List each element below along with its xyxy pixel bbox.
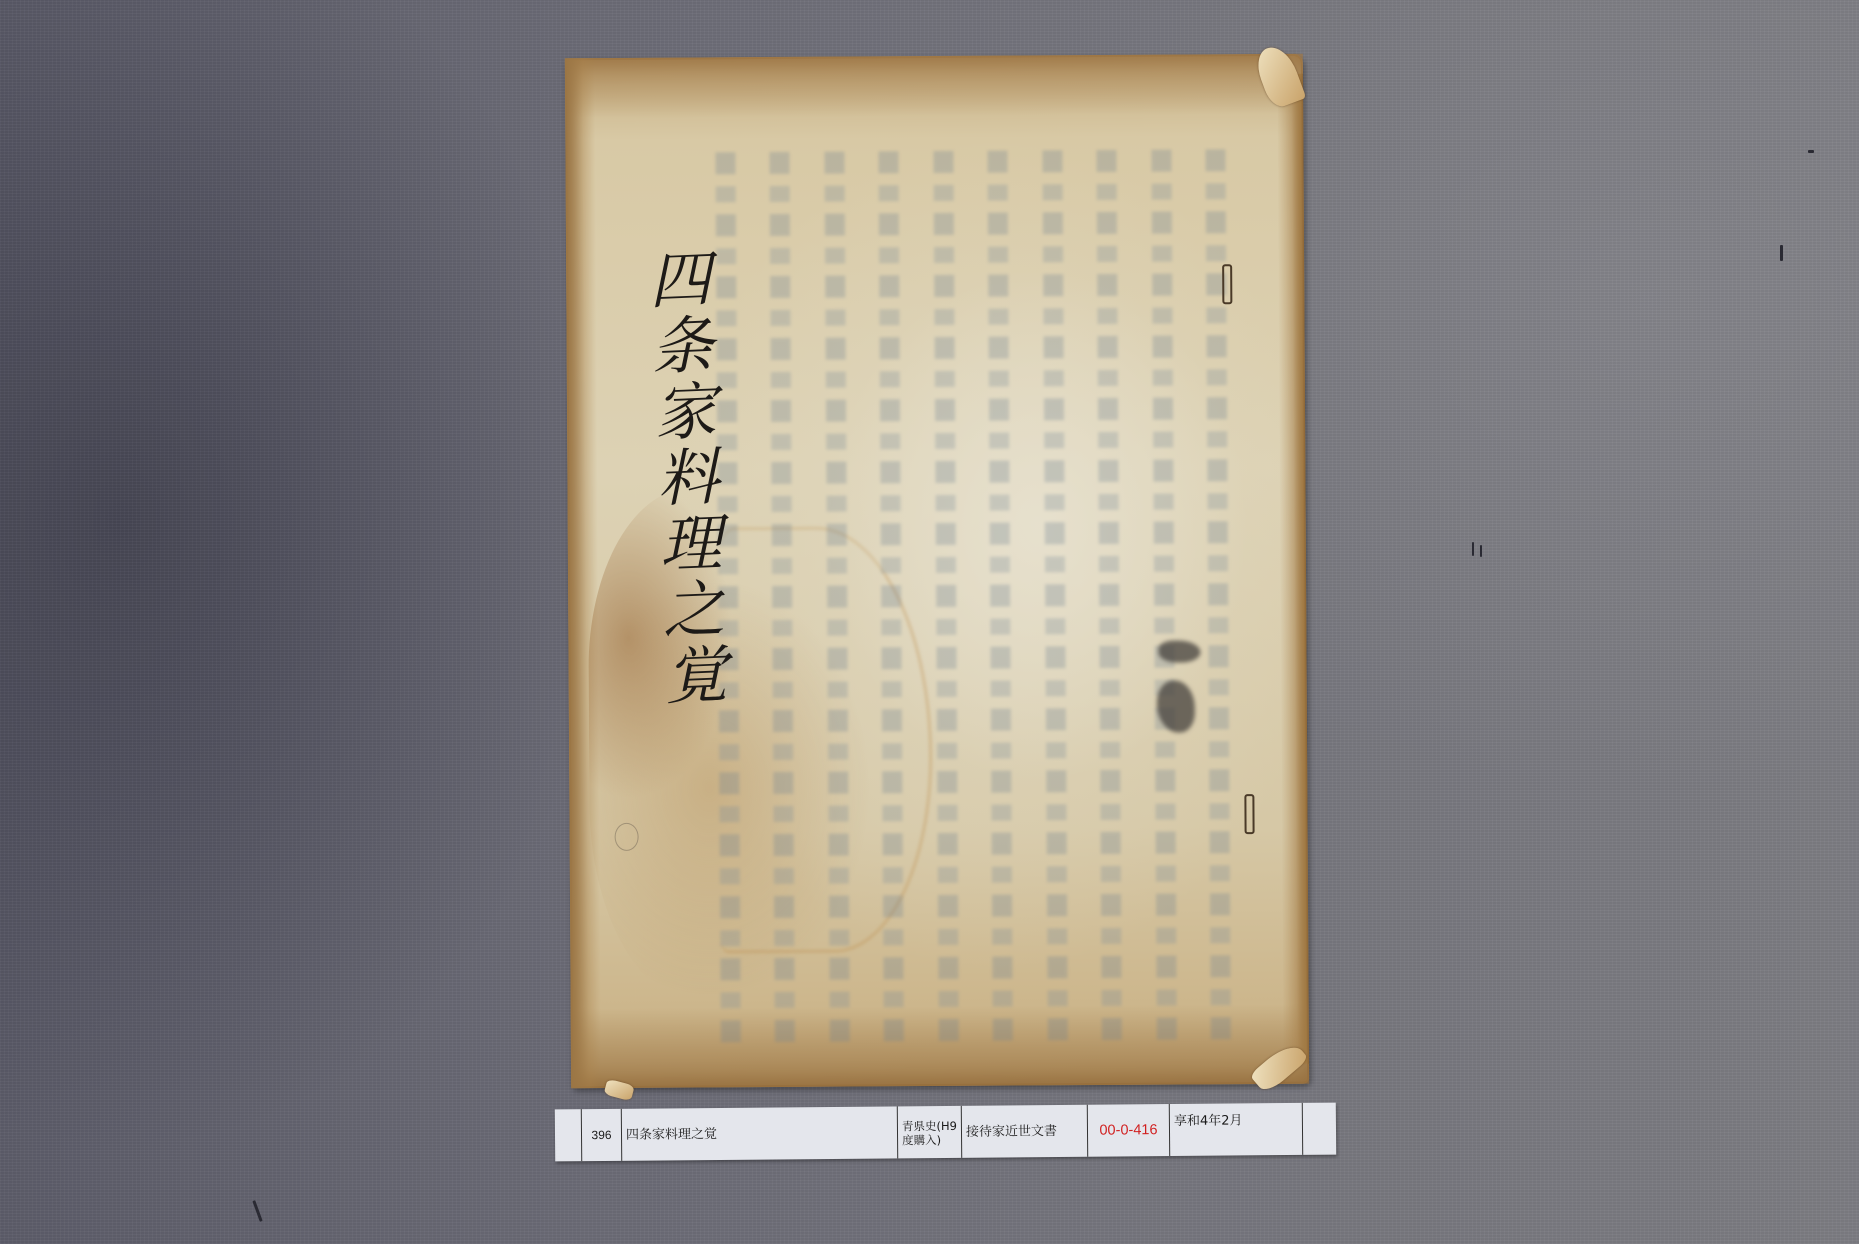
label-blank-cell-right bbox=[1303, 1103, 1336, 1155]
catalog-label: 396 四条家料理之覚 青県史(H9 度購入) 接待家近世文書 00-0-416… bbox=[555, 1103, 1336, 1162]
aged-edge-left bbox=[565, 58, 601, 1088]
binding-hole bbox=[1244, 794, 1254, 834]
show-through-column bbox=[933, 151, 958, 1051]
label-item-title: 四条家料理之覚 bbox=[622, 1106, 898, 1160]
show-through-column bbox=[988, 151, 1013, 1051]
show-through-column bbox=[770, 152, 795, 1052]
show-through-column bbox=[1151, 150, 1176, 1050]
ink-blot bbox=[1158, 640, 1200, 662]
lint-fiber bbox=[1480, 545, 1482, 557]
lint-fiber bbox=[1780, 245, 1783, 261]
aged-edge-top bbox=[565, 54, 1303, 119]
faint-seal-mark bbox=[615, 823, 639, 851]
lint-fiber bbox=[1472, 542, 1474, 556]
binding-hole bbox=[1222, 264, 1232, 304]
label-source-line2: 度購入) bbox=[902, 1133, 957, 1147]
label-blank-cell-left bbox=[555, 1109, 582, 1161]
show-through-column bbox=[1042, 150, 1067, 1050]
lint-fiber bbox=[1808, 150, 1814, 153]
label-source: 青県史(H9 度購入) bbox=[898, 1106, 962, 1159]
label-source-line1: 青県史(H9 bbox=[902, 1119, 957, 1133]
lint-fiber bbox=[252, 1200, 262, 1222]
label-date: 享和4年2月 bbox=[1170, 1103, 1303, 1156]
label-catalog-code: 00-0-416 bbox=[1088, 1104, 1170, 1157]
manuscript-booklet: 四条家料理之覚 bbox=[565, 54, 1309, 1088]
label-item-number: 396 bbox=[582, 1109, 622, 1161]
show-through-column bbox=[1096, 150, 1121, 1050]
aged-edge-right bbox=[1277, 74, 1309, 1064]
show-through-text bbox=[715, 149, 1230, 1052]
show-through-column bbox=[879, 151, 904, 1051]
show-through-column bbox=[824, 152, 849, 1052]
label-collection: 接待家近世文書 bbox=[962, 1105, 1088, 1158]
handwritten-title: 四条家料理之覚 bbox=[614, 246, 723, 711]
